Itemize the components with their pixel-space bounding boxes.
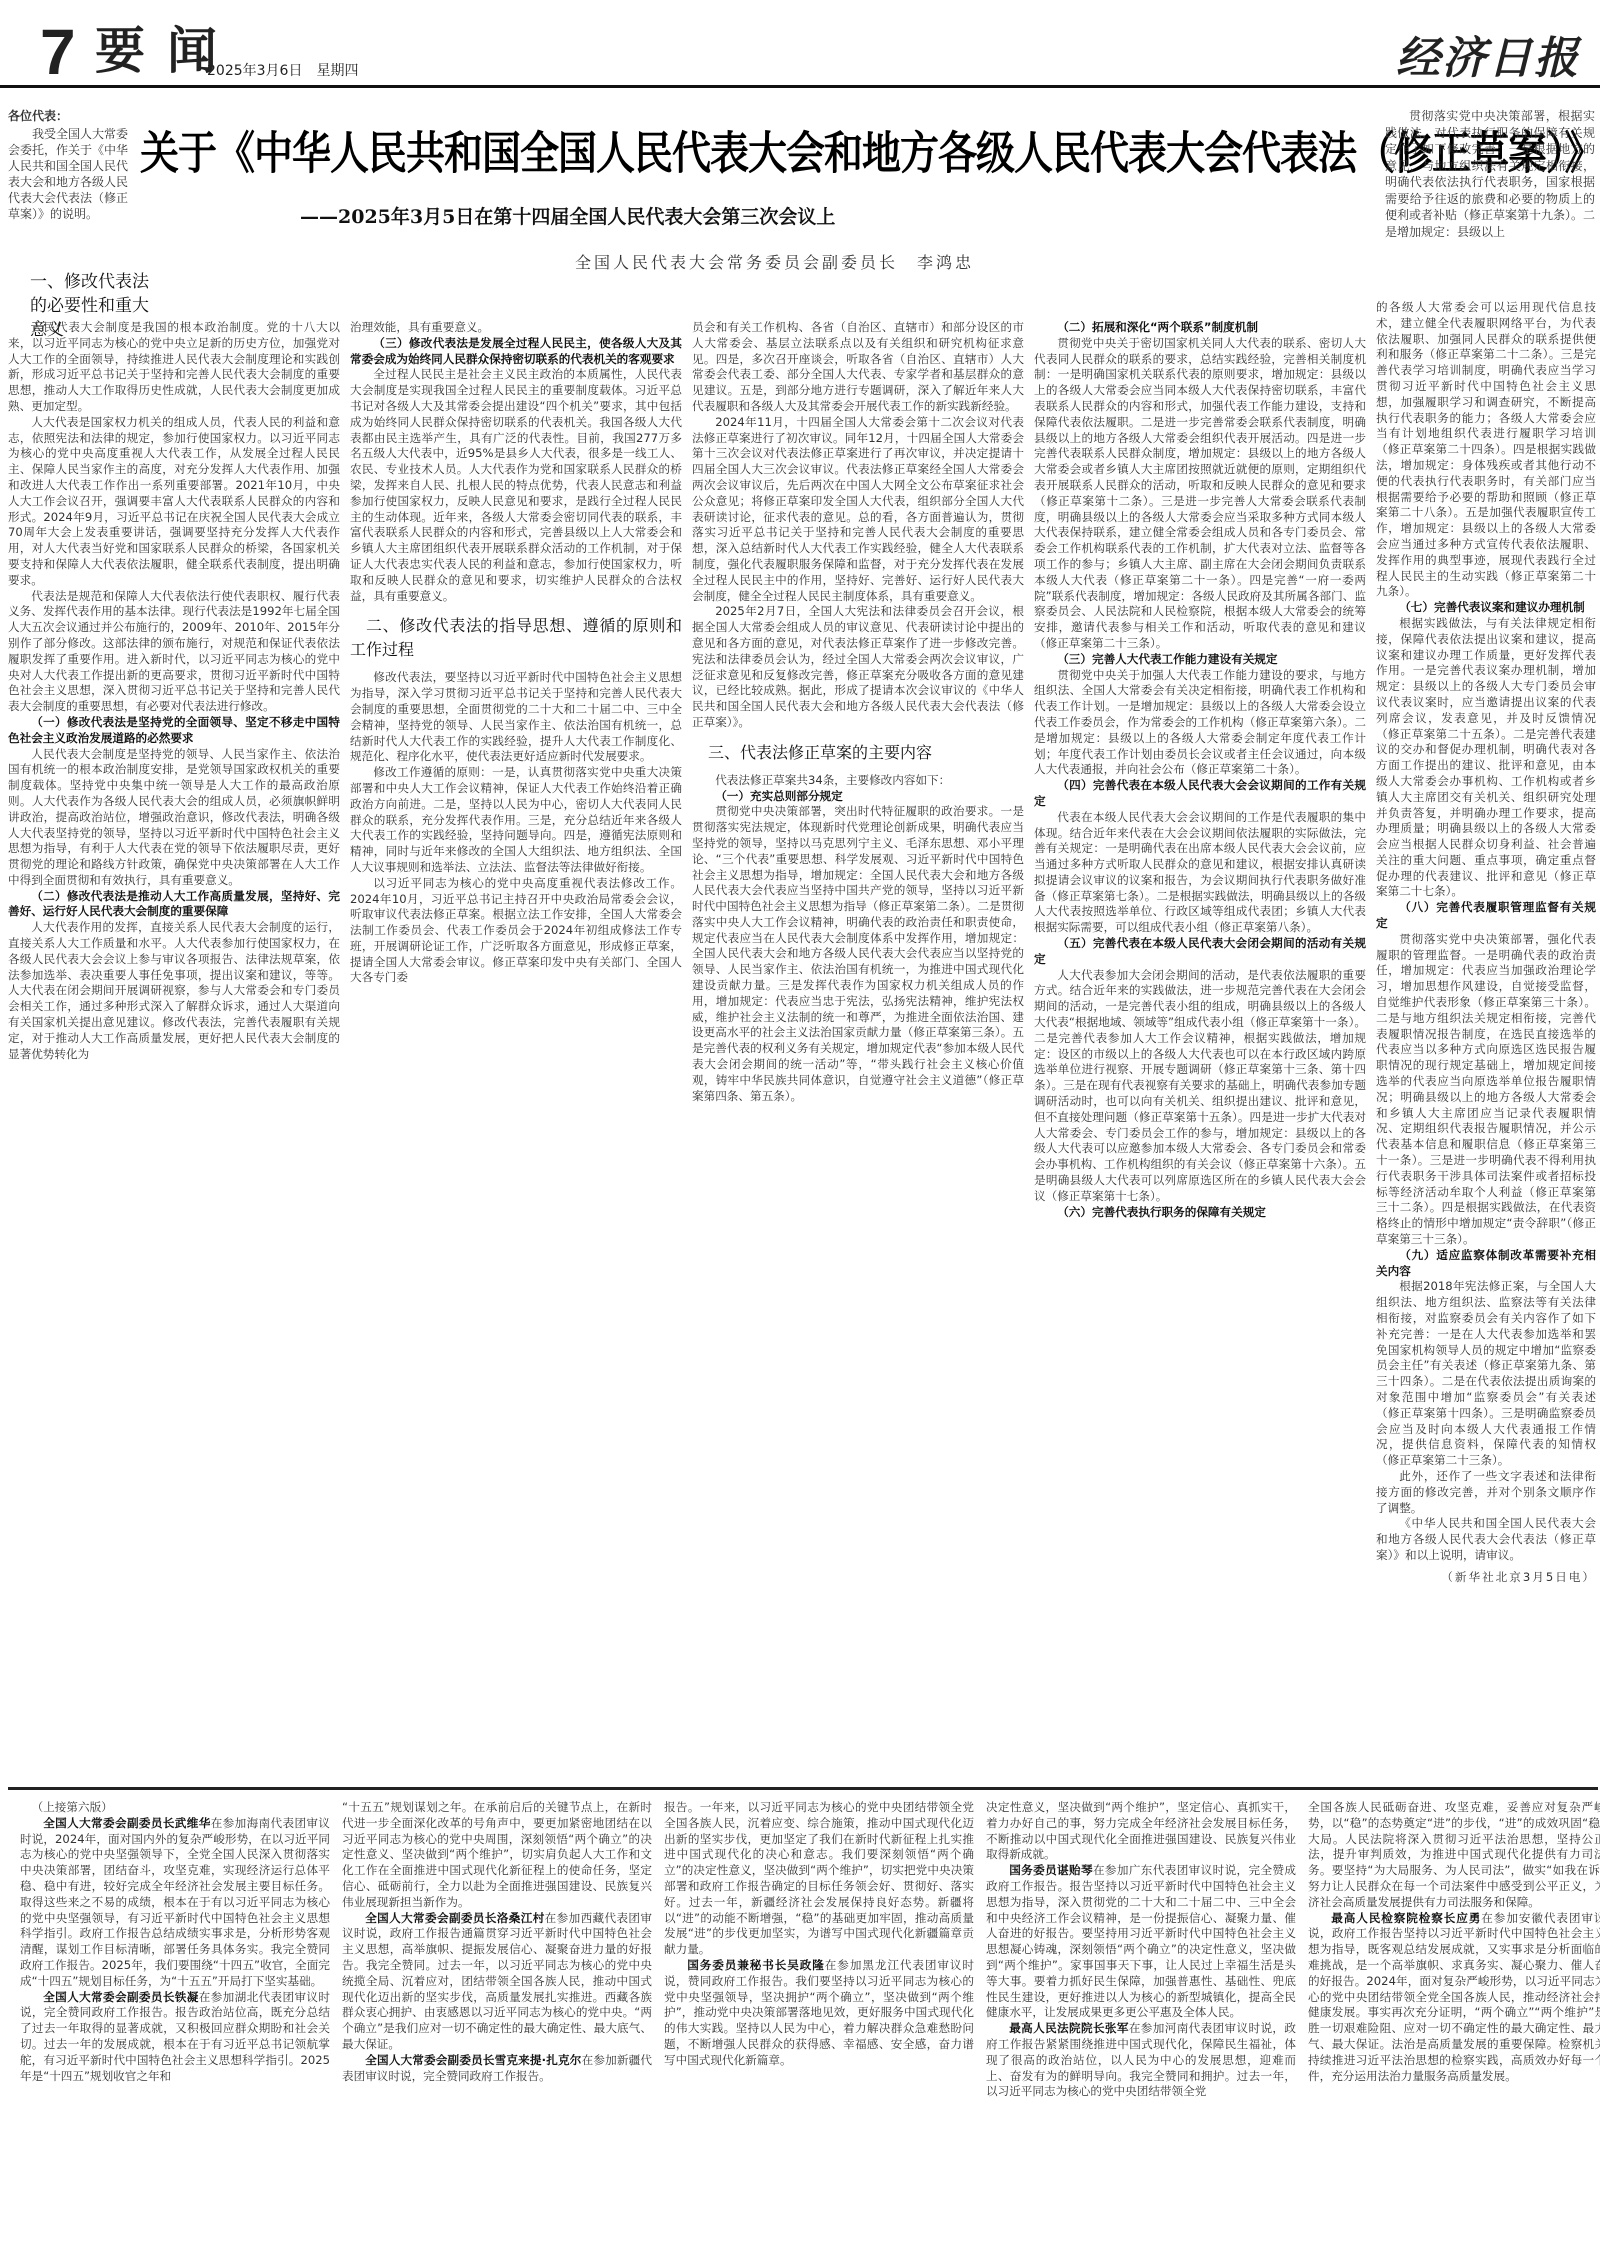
speaker-name: 最高人民检察院检察长应勇 xyxy=(1331,1911,1481,1925)
paragraph: 全国人大常委会副委员长洛桑江村在参加西藏代表团审议时说，政府工作报告通篇贯穿习近… xyxy=(342,1911,652,2053)
subsection-heading: （七）完善代表议案和建议办理机制 xyxy=(1376,600,1596,616)
subsection-heading: （二）修改代表法是推动人大工作高质量发展，坚持好、完善好、运行好人民代表大会制度… xyxy=(8,889,340,921)
subsection-heading: （五）完善代表在本级人民代表大会闭会期间的活动有关规定 xyxy=(1034,936,1366,968)
newspaper-logo: 经济日报 xyxy=(1396,22,1580,86)
paragraph: 贯彻党中央关于密切国家机关同人大代表的联系、密切人大代表同人民群众的联系的要求，… xyxy=(1034,336,1366,652)
subsection-heading: （六）完善代表执行职务的保障有关规定 xyxy=(1034,1205,1366,1221)
subsection-heading: （二）拓展和深化“两个联系”制度机制 xyxy=(1034,320,1366,336)
paragraph: 全国人大常委会副委员长武维华在参加海南代表团审议时说，2024年，面对国内外的复… xyxy=(20,1816,330,1990)
subsection-heading: （一）充实总则部分规定 xyxy=(692,789,1024,805)
speaker-name: 全国人大常委会副委员长雪克来提·扎克尔 xyxy=(365,2053,581,2067)
paragraph: 全国人大常委会副委员长雪克来提·扎克尔在参加新疆代表团审议时说，完全赞同政府工作… xyxy=(342,2053,652,2085)
subsection-heading: （九）适应监察体制改革需要补充相关内容 xyxy=(1376,1248,1596,1280)
paragraph: 决定性意义，坚决做到“两个维护”，坚定信心、真抓实干，着力办好自己的事，努力完成… xyxy=(986,1800,1296,1863)
continued-from: （上接第六版） xyxy=(20,1800,330,1816)
paragraph: 以习近平同志为核心的党中央高度重视代表法修改工作。2024年10月，习近平总书记… xyxy=(350,876,682,987)
lower-column-3: 报告。一年来，以习近平同志为核心的党中央团结带领全党全国各族人民，沉着应变、综合… xyxy=(664,1800,974,2260)
paragraph: 最高人民法院院长张军在参加河南代表团审议时说，政府工作报告紧紧围绕推进中国式现代… xyxy=(986,2021,1296,2100)
paragraph: 人民代表大会制度是我国的根本政治制度。党的十八大以来，以习近平同志为核心的党中央… xyxy=(8,320,340,415)
paragraph: 治理效能，具有重要意义。 xyxy=(350,320,682,336)
paragraph: 根据实践做法，与有关法律规定相衔接，保障代表依法提出议案和建议，提高议案和建议办… xyxy=(1376,616,1596,900)
paragraph-text: 在参加黑龙江代表团审议时说，赞同政府工作报告。我们要坚持以习近平同志为核心的党中… xyxy=(664,1958,974,2067)
paragraph: 《中华人民共和国全国人民代表大会和地方各级人民代表大会代表法（修正草案）》和以上… xyxy=(1376,1516,1596,1563)
paragraph: 全国各族人民砥砺奋进、攻坚克难，妥善应对复杂严峻形势，以“稳”的态势奠定“进”的… xyxy=(1308,1800,1600,1911)
paragraph: 2024年11月，十四届全国人大常委会第十二次会议对代表法修正草案进行了初次审议… xyxy=(692,415,1024,605)
subsection-heading: （三）完善人大代表工作能力建设有关规定 xyxy=(1034,652,1366,668)
subsection-heading: （八）完善代表履职管理监督有关规定 xyxy=(1376,900,1596,932)
article-column-1: 人民代表大会制度是我国的根本政治制度。党的十八大以来，以习近平同志为核心的党中央… xyxy=(8,320,340,1780)
paragraph-text: 在参加广东代表团审议时说，完全赞成政府工作报告。报告坚持以习近平新时代中国特色社… xyxy=(986,1863,1296,2019)
intro-greeting: 各位代表： xyxy=(8,108,133,124)
paragraph-text: 在参加西藏代表团审议时说，政府工作报告通篇贯穿习近平新时代中国特色社会主义思想，… xyxy=(342,1911,652,2051)
side-column-top: 贯彻落实党中央决策部署，根据实践做法，对代表执行职务的保障有关规定作了如下修改完… xyxy=(1385,108,1595,240)
article-column-2: 治理效能，具有重要意义。（三）修改代表法是发展全过程人民民主，使各级人大及其常委… xyxy=(350,320,682,1780)
article-column-5: 的各级人大常委会可以运用现代信息技术，建立健全代表履职网络平台，为代表依法履职、… xyxy=(1376,300,1596,1780)
dateline: （新华社北京3月5日电） xyxy=(1376,1570,1596,1586)
paragraph: 人民代表大会制度是坚持党的领导、人民当家作主、依法治国有机统一的根本政治制度安排… xyxy=(8,747,340,889)
page-number: 7 xyxy=(40,20,76,84)
speaker-name: 全国人大常委会副委员长武维华 xyxy=(43,1816,211,1830)
subsection-heading: （一）修改代表法是坚持党的全面领导、坚定不移走中国特色社会主义政治发展道路的必然… xyxy=(8,715,340,747)
paragraph: 报告。一年来，以习近平同志为核心的党中央团结带领全党全国各族人民，沉着应变、综合… xyxy=(664,1800,974,1958)
subsection-heading: （四）完善代表在本级人民代表大会会议期间的工作有关规定 xyxy=(1034,778,1366,810)
section-heading: 三、代表法修正草案的主要内容 xyxy=(692,741,1024,765)
paragraph-text: 在参加安徽代表团审议时说，政府工作报告坚持以习近平新时代中国特色社会主义思想为指… xyxy=(1308,1911,1600,2083)
intro-text: 我受全国人大常委会委托，作关于《中华人民共和国全国人民代表大会和地方各级人民代表… xyxy=(8,126,133,222)
speaker-name: 全国人大常委会副委员长洛桑江村 xyxy=(365,1911,544,1925)
paragraph: 人大代表参加大会闭会期间的活动，是代表依法履职的重要方式。结合近年来的实践做法，… xyxy=(1034,968,1366,1205)
subsection-heading: （三）修改代表法是发展全过程人民民主，使各级人大及其常委会成为始终同人民群众保持… xyxy=(350,336,682,368)
paragraph-text: “十五五”规划谋划之年。在承前启后的关键节点上，在新时代进一步全面深化改革的号角… xyxy=(342,1800,652,1909)
paragraph: 此外，还作了一些文字表述和法律衔接方面的修改完善，并对个别条文顺序作了调整。 xyxy=(1376,1469,1596,1516)
paragraph: 2025年2月7日，全国人大宪法和法律委员会召开会议，根据全国人大常委会组成人员… xyxy=(692,604,1024,730)
section-divider xyxy=(8,1787,1598,1790)
issue-date: 2025年3月6日 星期四 xyxy=(207,60,358,80)
section-heading: 二、修改代表法的指导思想、遵循的原则和工作过程 xyxy=(350,614,682,662)
paragraph-text: 决定性意义，坚决做到“两个维护”，坚定信心、真抓实干，着力办好自己的事，努力完成… xyxy=(986,1800,1296,1861)
speaker-name: 最高人民法院院长张军 xyxy=(1009,2021,1129,2035)
lower-column-4: 决定性意义，坚决做到“两个维护”，坚定信心、真抓实干，着力办好自己的事，努力完成… xyxy=(986,1800,1296,2260)
paragraph: 全过程人民民主是社会主义民主政治的本质属性，人民代表大会制度是实现我国全过程人民… xyxy=(350,367,682,604)
paragraph: 贯彻落实党中央决策部署，强化代表履职的管理监督。一是明确代表的政治责任，增加规定… xyxy=(1376,932,1596,1248)
paragraph: 国务委员谌贻琴在参加广东代表团审议时说，完全赞成政府工作报告。报告坚持以习近平新… xyxy=(986,1863,1296,2021)
paragraph-text: 报告。一年来，以习近平同志为核心的党中央团结带领全党全国各族人民，沉着应变、综合… xyxy=(664,1800,974,1956)
paragraph-text: 在参加海南代表团审议时说，2024年，面对国内外的复杂严峻形势，在以习近平同志为… xyxy=(20,1816,330,1988)
subheadline: ——2025年3月5日在第十四届全国人民代表大会第三次会议上 xyxy=(300,202,835,229)
lower-column-5: 全国各族人民砥砺奋进、攻坚克难，妥善应对复杂严峻形势，以“稳”的态势奠定“进”的… xyxy=(1308,1800,1600,2260)
paragraph: 国务委员兼秘书长吴政隆在参加黑龙江代表团审议时说，赞同政府工作报告。我们要坚持以… xyxy=(664,1958,974,2069)
paragraph: 修改代表法，要坚持以习近平新时代中国特色社会主义思想为指导，深入学习贯彻习近平总… xyxy=(350,670,682,765)
headline: 关于《中华人民共和国全国人民代表大会和地方各级人民代表大会代表法（修正草案）》的… xyxy=(140,118,1375,182)
paragraph: 代表法修正草案共34条，主要修改内容如下： xyxy=(692,773,1024,789)
article-column-3: 员会和有关工作机构、各省（自治区、直辖市）和部分设区的市人大常委会、基层立法联系… xyxy=(692,320,1024,1780)
article-column-4: （二）拓展和深化“两个联系”制度机制贯彻党中央关于密切国家机关同人大代表的联系、… xyxy=(1034,320,1366,1780)
paragraph: 代表法是规范和保障人大代表依法行使代表职权、履行代表义务、发挥代表作用的基本法律… xyxy=(8,589,340,715)
paragraph: 员会和有关工作机构、各省（自治区、直辖市）和部分设区的市人大常委会、基层立法联系… xyxy=(692,320,1024,415)
paragraph: 的各级人大常委会可以运用现代信息技术，建立健全代表履职网络平台，为代表依法履职、… xyxy=(1376,300,1596,600)
lower-column-1: （上接第六版）全国人大常委会副委员长武维华在参加海南代表团审议时说，2024年，… xyxy=(20,1800,330,2260)
paragraph: 贯彻党中央关于加强人大代表工作能力建设的要求，与地方组织法、全国人大常委会有关决… xyxy=(1034,668,1366,779)
byline: 全国人民代表大会常务委员会副委员长 李鸿忠 xyxy=(575,250,974,273)
paragraph: 代表在本级人民代表大会会议期间的工作是代表履职的集中体现。结合近年来代表在大会会… xyxy=(1034,810,1366,936)
paragraph: 最高人民检察院检察长应勇在参加安徽代表团审议时说，政府工作报告坚持以习近平新时代… xyxy=(1308,1911,1600,2085)
intro-block: 各位代表： 我受全国人大常委会委托，作关于《中华人民共和国全国人民代表大会和地方… xyxy=(8,108,133,222)
masthead: 7 要闻 2025年3月6日 星期四 经济日报 xyxy=(0,0,1600,88)
paragraph: 根据2018年宪法修正案，与全国人大组织法、地方组织法、监察法等有关法律相衔接，… xyxy=(1376,1279,1596,1469)
paragraph: 修改工作遵循的原则：一是，认真贯彻落实党中央重大决策部署和中央人大工作会议精神，… xyxy=(350,765,682,876)
paragraph: 贯彻党中央决策部署，突出时代特征履职的政治要求。一是贯彻落实宪法规定，体现新时代… xyxy=(692,804,1024,1104)
speaker-name: 国务委员兼秘书长吴政隆 xyxy=(687,1958,825,1972)
paragraph: “十五五”规划谋划之年。在承前启后的关键节点上，在新时代进一步全面深化改革的号角… xyxy=(342,1800,652,1911)
paragraph-text: 全国各族人民砥砺奋进、攻坚克难，妥善应对复杂严峻形势，以“稳”的态势奠定“进”的… xyxy=(1308,1800,1600,1909)
paragraph: 人大代表作用的发挥，直接关系人民代表大会制度的运行，直接关系人大工作质量和水平。… xyxy=(8,920,340,1062)
side-top-paragraph: 贯彻落实党中央决策部署，根据实践做法，对代表执行职务的保障有关规定作了如下修改完… xyxy=(1385,108,1595,240)
speaker-name: 国务委员谌贻琴 xyxy=(1009,1863,1093,1877)
lower-column-2: “十五五”规划谋划之年。在承前启后的关键节点上，在新时代进一步全面深化改革的号角… xyxy=(342,1800,652,2260)
speaker-name: 全国人大常委会副委员长铁凝 xyxy=(43,1990,199,2004)
paragraph: 全国人大常委会副委员长铁凝在参加湖北代表团审议时说，完全赞同政府工作报告。报告政… xyxy=(20,1990,330,2085)
paragraph: 人大代表是国家权力机关的组成人员，代表人民的利益和意志，依照宪法和法律的规定，参… xyxy=(8,415,340,589)
